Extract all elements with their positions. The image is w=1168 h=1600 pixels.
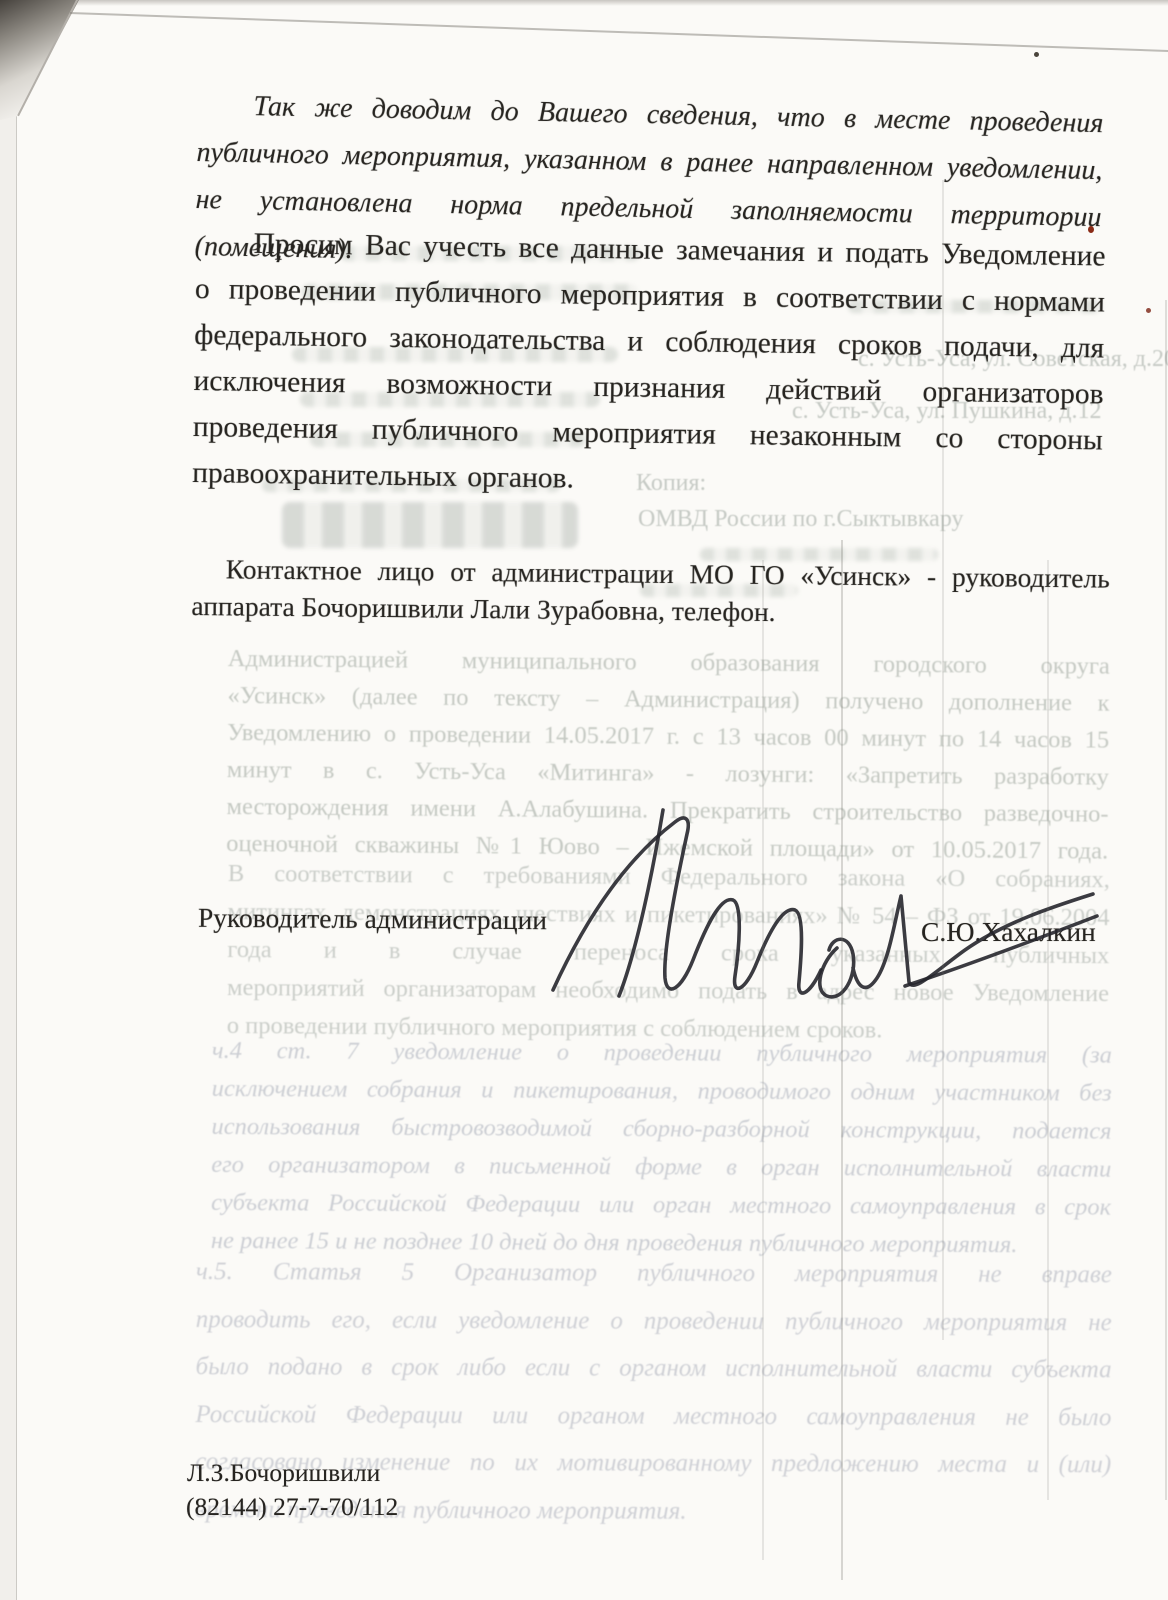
bleed-line: было подано в срок либо если с органом и… [196,1343,1112,1394]
bleed-line: его организатором в письменной форме в о… [211,1146,1111,1189]
signature-scrawl [545,800,1105,1100]
ink-speck [1088,226,1094,233]
vertical-crease [841,540,843,1580]
scanned-letter-page: Администрацией муниципального образовани… [0,0,1168,1600]
executor-phone: (82144) 27-7-70/112 [186,1492,398,1522]
bleed-line: субъекта Российской Федерации или орган … [211,1184,1111,1227]
signature-stroke [905,916,1097,986]
bleed-line: использования быстровозводимой сборно-ра… [211,1108,1111,1151]
executor-name: Л.З.Бочоришвили [187,1458,380,1488]
vertical-crease [942,180,944,1340]
paragraph-request: Просим Вас учесть все данные замечания и… [192,220,1106,509]
paragraph-contact: Контактное лицо от администрации МО ГО «… [191,550,1110,634]
signature-title: Руководитель администрации [198,902,547,936]
scan-top-shade [0,0,1168,6]
signature-stroke [553,818,821,993]
vertical-crease [1047,560,1049,1500]
bleed-handwriting-smudge [282,502,578,548]
scan-left-edge [0,0,17,1600]
ink-speck [1146,308,1151,313]
ink-speck [1034,52,1039,57]
bleed-fragment: ОМВД России по г.Сыктывкару [638,506,964,533]
bleed-line: Российской Федерации или органом местног… [195,1390,1111,1441]
signature-stroke [820,894,1093,997]
vertical-crease [1165,300,1167,1500]
bleed-line: проводить его, если уведомление о провед… [196,1295,1112,1346]
bleed-line: ч.5. Статья 5 Организатор публичного мер… [196,1248,1112,1299]
vertical-crease [762,560,764,1560]
